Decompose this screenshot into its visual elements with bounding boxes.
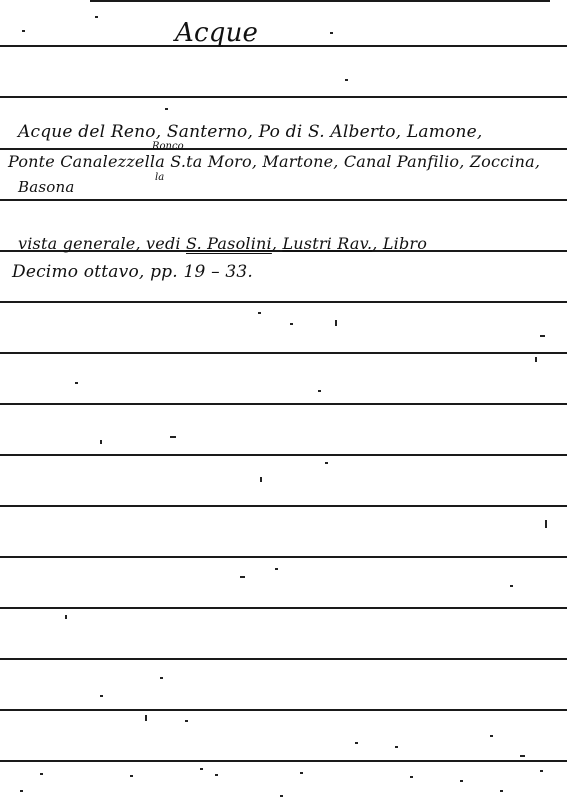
entry-2-line-1: vista generale, vedi S. Pasolini, Lustri…	[18, 234, 427, 253]
ruled-line	[0, 352, 567, 354]
entry-1-line-2: Ponte Canalezzella S.ta Moro, Martone, C…	[8, 152, 540, 171]
ruled-line	[90, 0, 550, 2]
ruled-line	[0, 505, 567, 507]
ruled-line	[0, 658, 567, 660]
reference-lustri: Lustri Rav.	[282, 234, 372, 253]
entry-2-prefix: vista generale, vedi	[18, 234, 181, 253]
ruled-line	[0, 454, 567, 456]
reference-pasolini: S. Pasolini	[186, 234, 272, 253]
entry-2-suffix: Libro	[383, 234, 427, 253]
entry-1-subscript: la	[155, 172, 164, 183]
entry-2-line-2: Decimo ottavo, pp. 19 – 33.	[12, 262, 253, 282]
ruled-line	[0, 45, 567, 47]
entry-1-line-1: Acque del Reno, Santerno, Po di S. Alber…	[18, 122, 482, 142]
ruled-line	[0, 760, 567, 762]
ruled-line	[0, 709, 567, 711]
ruled-line	[0, 199, 567, 201]
ruled-line	[0, 148, 567, 150]
ruled-line	[0, 403, 567, 405]
ruled-line	[0, 556, 567, 558]
ruled-line	[0, 607, 567, 609]
index-card: Acque Acque del Reno, Santerno, Po di S.…	[0, 0, 567, 800]
ruled-line	[0, 96, 567, 98]
entry-1-line-3: Basona	[18, 178, 75, 196]
card-heading: Acque	[175, 18, 258, 48]
ruled-line	[0, 301, 567, 303]
entry-1-superscript: Ronco	[152, 141, 184, 152]
